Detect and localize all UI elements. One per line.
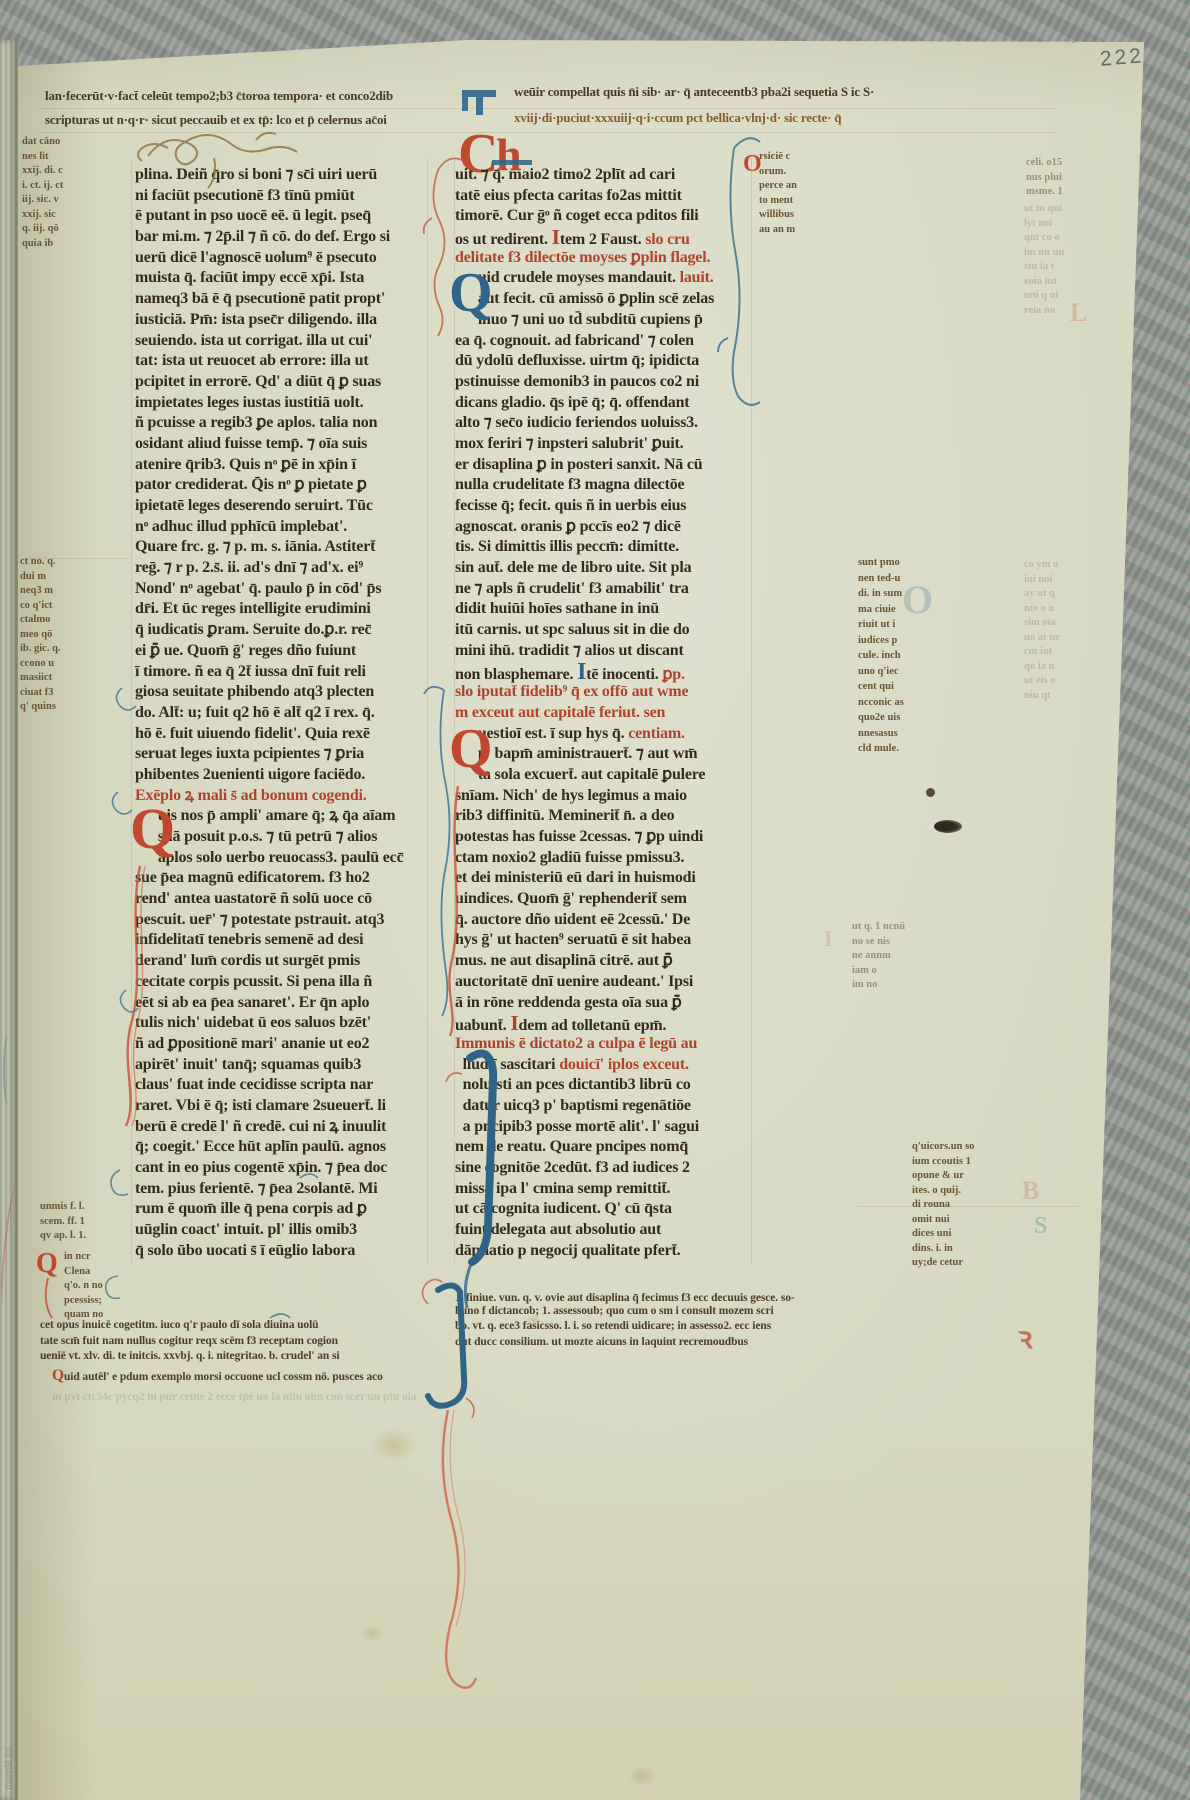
text-line: nte o u xyxy=(1024,602,1060,617)
text-line: giosa seuitate phibendo atq3 plecten xyxy=(135,682,435,703)
text-line: datur uicq3 p' baptismi regenātiōe xyxy=(455,1096,755,1117)
text-line: aplos solo uerbo reuocass3. paulū ecc̄ xyxy=(135,848,435,869)
text-line: berū ē credē l' ñ credē. cui ni ꝝ inuuli… xyxy=(135,1117,435,1138)
text-line: ea q̄. cognouit. ad fabricand' ⁊ colen xyxy=(455,331,755,352)
text-line: ei ꝑ̄ ue. Quom̄ ḡ' reges dño fuiunt xyxy=(135,641,435,662)
parchment-hole xyxy=(934,820,962,833)
text-line: noluisti an pces dictantib3 librū co xyxy=(455,1075,755,1096)
text-line: unmis f. l. xyxy=(40,1200,86,1215)
running-header-line1-right: weūir compellat quis n̄i sib· ar· q̄ ant… xyxy=(514,84,874,100)
gloss-left-bottom-2: in ncrClenaq'o. n nopcessiss;quam no xyxy=(64,1250,103,1323)
text-line: pstinuisse demonib3 in paucos co2 ni xyxy=(455,372,755,393)
text-line: q' quins xyxy=(20,700,61,715)
text-line: cld mule. xyxy=(858,741,904,757)
text-line: cm iut xyxy=(1024,645,1060,660)
gloss-right-bleed-middle: co ym oiui noiay ut qnte o usim oiauo at… xyxy=(1024,558,1060,703)
text-line: reia no xyxy=(1024,304,1064,319)
text-line: di. in sum xyxy=(858,586,904,602)
text-line: q̄ iudicatis ꝑram. Seruite do.ꝑ.r. rec̄ xyxy=(135,620,435,641)
text-line: rum ē quom̄ ille q̄ pena corpis ad ꝑ xyxy=(135,1199,435,1220)
text-line: dat cāno xyxy=(22,135,63,150)
text-line: plina. Deiñ q̄ro si boni ⁊ sc̄i uiri uer… xyxy=(135,165,435,186)
bleed-letter-teal: S xyxy=(1034,1214,1047,1238)
text-line: pator crediderat. Q̄is nᵒ ꝑ pietate ꝑ xyxy=(135,475,435,496)
text-line: uo at ne xyxy=(1024,631,1060,646)
text-line: masiict xyxy=(20,671,61,686)
text-line: q'o. n no xyxy=(64,1279,103,1294)
text-line: ut eis o xyxy=(1024,674,1060,689)
text-line: uūglin coact' intuit. pl' illis omib3 xyxy=(135,1220,435,1241)
text-line: ctam noxio2 gladiū fuisse pmissu3. xyxy=(455,848,755,869)
text-line: ma ciuie xyxy=(858,602,904,618)
text-line: muista q̄. faciūt impy eccē xp̄i. Ista xyxy=(135,268,435,289)
text-line: tulis nich' uidebat ū eos saluos bzēt' xyxy=(135,1013,435,1034)
text-line: fecisse q̄; fecit. quis ñ in uerbis eius xyxy=(455,496,755,517)
text-line: delitate f3 dilectōe moyses ꝑplin flagel… xyxy=(455,248,755,269)
text-line: l uno f dictancob; 1. assessoub; quo cum… xyxy=(455,1304,1020,1320)
text-line: a pncipib3 posse mortē alit'. l' sagui xyxy=(455,1117,755,1138)
gloss-right-top: rsiciē corum.perce anto mentwillibusau a… xyxy=(759,150,797,237)
text-line: xxij. sic xyxy=(22,208,63,223)
text-line: pcessiss; xyxy=(64,1294,103,1309)
text-line: uno q'iec xyxy=(858,664,904,680)
text-line: m exceut aut capitalē feriut. sen xyxy=(455,703,755,724)
text-line: cecitate corpis pcussit. Si pena illa ñ xyxy=(135,972,435,993)
text-line: iui noi xyxy=(1024,573,1060,588)
text-line: dices uni xyxy=(912,1227,974,1242)
text-line: cule. inch xyxy=(858,648,904,664)
text-line: Quare frc. g. ⁊ p. m. s. iānia. Astitert… xyxy=(135,537,435,558)
text-line: potestas has fuisse 2cessas. ⁊ ꝑp uindi xyxy=(455,827,755,848)
text-line: no se nis xyxy=(852,935,905,950)
stain-small-2 xyxy=(628,1766,656,1786)
gloss-right-bleed-top: celi. o15nus pluimsme. 1 xyxy=(1026,156,1063,200)
text-line: opune & ur xyxy=(912,1169,974,1184)
text-line: inuo ⁊ uni uo td̄ subditū cupiens p̄ xyxy=(455,310,755,331)
text-line: omit nui xyxy=(912,1213,974,1228)
text-line: lyt noi xyxy=(1024,217,1064,232)
initial-q-column1: Q xyxy=(130,800,175,858)
text-line: cant in eo pius cogentē xp̄in. ⁊ p̄ea do… xyxy=(135,1158,435,1179)
text-line: timorē. Cur ḡᵒ ñ coget ecca pditos fili xyxy=(455,206,755,227)
text-line: uestioī est. ī sup hys q̄. centiam. xyxy=(455,724,755,745)
text-line: phibentes 2uenienti uigore faciēdo. xyxy=(135,765,435,786)
text-line: os ut redirent. Item 2 Faust. slo cru xyxy=(455,227,755,248)
text-line: nnesasus xyxy=(858,726,904,742)
text-line: co q'ict xyxy=(20,599,61,614)
gloss-right-bleed-top-faint: ut m quilyt noiqnt co oim nu unstu ia te… xyxy=(1024,202,1064,318)
ruling-line xyxy=(38,132,1058,133)
text-line: stu ia t xyxy=(1024,260,1064,275)
text-line: itū carnis. ut spc saluus sit in die do xyxy=(455,620,755,641)
text-line: meo qō xyxy=(20,628,61,643)
text-line: uabunt̄. Idem ad tolletanū epm̄. xyxy=(455,1013,755,1034)
text-line: ī timore. ñ ea q̄ 2t̄ iussa dnī fuit rel… xyxy=(135,662,435,683)
manuscript-page: 222 ⌐ſ lan·fecerūt·v·fact̄ celeūt tempo2… xyxy=(18,28,1148,1800)
text-line: quo2e uis xyxy=(858,710,904,726)
text-line: hys ḡ' ut hacten⁹ seruatū ē sit habea xyxy=(455,930,755,951)
text-line: msme. 1 xyxy=(1026,185,1063,200)
gloss-left-bottom-1: unmis f. l.scem. ff. 1qv ap. l. 1. xyxy=(40,1200,86,1244)
text-line: Clena xyxy=(64,1265,103,1280)
gloss-q-tail xyxy=(46,1278,52,1318)
text-line: au an m xyxy=(759,223,797,238)
text-line: uy;de cetur xyxy=(912,1256,974,1271)
text-line: fuint delegata aut absolutio aut xyxy=(455,1220,755,1241)
text-line: qv ap. l. 1. xyxy=(40,1229,86,1244)
text-line: willibus xyxy=(759,208,797,223)
text-line: ni faciūt psecutionē f3 tīnū pmiūt xyxy=(135,186,435,207)
text-line: cent qui xyxy=(858,679,904,695)
text-line: qo ia n xyxy=(1024,660,1060,675)
text-line: rsiciē c xyxy=(759,150,797,165)
text-line: et dei ministeriū eū dari in huismodi xyxy=(455,868,755,889)
bottom-bleed-line: m pyt ctc34c pycq2 m pur cetne 2 ecce tp… xyxy=(52,1390,1002,1406)
text-line: dut ducc consilium. ut mozte aicuns in l… xyxy=(455,1335,1020,1351)
text-line: ñ pcuisse a regib3 ꝑe aplos. talia non xyxy=(135,413,435,434)
text-line: rend' antea uastatorē ñ solū uoce cō xyxy=(135,889,435,910)
initial-q-gloss: Q xyxy=(36,1250,58,1278)
text-line: non blasphemare. Itē inocenti. ꝑp. xyxy=(455,662,755,683)
text-line: im no xyxy=(852,978,905,993)
ruling-line xyxy=(38,108,1058,109)
bleed-letter-red-l: L xyxy=(1070,300,1087,326)
text-line: seruat leges iuxta pcipientes ⁊ ꝑria xyxy=(135,744,435,765)
text-line: neq3 m xyxy=(20,584,61,599)
text-line: missa ipa l' cmina semp remittit̄. xyxy=(455,1179,755,1200)
wormhole xyxy=(926,788,935,797)
text-line: p' bapm̄ aministrauert̄. ⁊ aut wm̄ xyxy=(455,744,755,765)
text-line: dui m xyxy=(20,570,61,585)
text-line: llud ī sascitari douicī' iplos exceut. xyxy=(455,1055,755,1076)
text-line: qnt co o xyxy=(1024,231,1064,246)
text-line: ē putant in pso uocē eē. ū legit. pseq̄ xyxy=(135,206,435,227)
text-line: uis nos p̄ ampli' amare q̄; ꝝ q̄a aīam xyxy=(135,806,435,827)
text-line: claus' fuat inde cecidisse scripta nar xyxy=(135,1075,435,1096)
text-line: q. iij. qō xyxy=(22,222,63,237)
ruling-line xyxy=(131,158,132,1263)
text-line: ñ ad ꝑpositionē mari' ananie ut eo2 xyxy=(135,1034,435,1055)
text-line: eēt si ab ea p̄ea sanaret'. Er q̄n aplo xyxy=(135,993,435,1014)
text-line: cet opus inuicē cogetitm. iuco q'r paulo… xyxy=(40,1318,460,1334)
text-line: dr̄i. Et ūc reges intelligite erudimini xyxy=(135,599,435,620)
text-line: Immunis ē dictato2 a culpa ē legū au xyxy=(455,1034,755,1055)
text-line: ct no. q. xyxy=(20,555,61,570)
text-line: do. Alt̄: u; fuit q2 hō ē alt̄ q2 ī rex.… xyxy=(135,703,435,724)
text-line: i. ct. ij. ct xyxy=(22,179,63,194)
text-line: bar mi.m. ⁊ 2p̄.il ⁊ ñ cō. do def. Ergo … xyxy=(135,227,435,248)
blue-paraph-header xyxy=(462,90,496,115)
text-line: ay ut q xyxy=(1024,587,1060,602)
text-line: auctoritatē dnī uenire audeant.' Ipsi xyxy=(455,972,755,993)
text-line: q'uicors.un so xyxy=(912,1140,974,1155)
text-line: dicans gladio. q̄s ipē q̄; q̄. offendant xyxy=(455,393,755,414)
spine-bleed-blue xyxy=(3,1035,13,1105)
text-line: uid crudele moyses mandauit. lauit. xyxy=(455,268,755,289)
text-line: nen ted-u xyxy=(858,571,904,587)
text-line: niu qt xyxy=(1024,689,1060,704)
text-line: iusticiā. Pm̄: ista psec̄r diligendo. il… xyxy=(135,310,435,331)
text-line: sue p̄ea magnū edificatorem. f3 ho2 xyxy=(135,868,435,889)
text-line: perce an xyxy=(759,179,797,194)
text-line: q̄ solo ūbo uocati s̄ ī eūglio labora xyxy=(135,1241,435,1262)
text-line: er disaplina ꝑ in posteri sanxit. Nā cū xyxy=(455,455,755,476)
text-line: sunt pmo xyxy=(858,555,904,571)
text-line: dāpnatio p negocij qualitate pfert̄. xyxy=(455,1241,755,1262)
text-line: infidelitatī tenebris semenē ad desi xyxy=(135,930,435,951)
text-line: seuiendo. ista ut corrigat. illa ut cui' xyxy=(135,331,435,352)
text-line: hō ē. fuit uiuendo fidelit'. Quia rexē xyxy=(135,724,435,745)
gloss-left-top: dat cānones litxxij. di. ci. ct. ij. cti… xyxy=(22,135,63,251)
running-header-line2-right: xviij·di·puciut·xxxuiij·q·i·ccum pct bel… xyxy=(514,110,841,126)
text-line: sim oia xyxy=(1024,616,1060,631)
text-line: ut cā cognita iudicent. Q' cū q̄sta xyxy=(455,1199,755,1220)
text-line: iudices p xyxy=(858,633,904,649)
bottom-note-right: I finiue. vun. q. v. ovie aut disaplina … xyxy=(455,1288,1020,1350)
bleed-letter-rose-2: I xyxy=(824,928,833,950)
text-line: raret. Vbi ē q̄; isti clamare 2sueuert̄.… xyxy=(135,1096,435,1117)
text-line: riuit ut i xyxy=(858,617,904,633)
text-line: aut fecit. cū amissō ō ꝑplin scē zelas xyxy=(455,289,755,310)
running-header-line2-left: scripturas ut n·q·r· sicut peccauib et e… xyxy=(45,112,387,128)
text-line: scem. ff. 1 xyxy=(40,1215,86,1230)
gloss-right-middle: sunt pmonen ted-udi. in summa ciuieriuit… xyxy=(858,555,904,757)
text-line: uindices. Quom̄ ḡ' rephenderit̄ sem xyxy=(455,889,755,910)
text-line: dins. i. in xyxy=(912,1242,974,1257)
text-line: ueniē vt. xlv. di. te initcis. xxvbj. q.… xyxy=(40,1349,460,1365)
text-line: ne ⁊ apls ñ crudelit' f3 amabilit' tra xyxy=(455,579,755,600)
initial-q-column2-blue: Q xyxy=(449,265,493,321)
text-line: quia ib xyxy=(22,237,63,252)
text-line: q̄; coegit.' Ecce hūt aplīn paulū. agnos xyxy=(135,1137,435,1158)
text-line: derand' lum̄ cordis ut surgēt pmis xyxy=(135,951,435,972)
text-line: sin aut̄. dele me de libro uite. Sit pla xyxy=(455,558,755,579)
bleed-initial-o: O xyxy=(902,580,933,620)
text-line: tate scm̄ fuit nam nullus cogitur reqx s… xyxy=(40,1334,460,1350)
photograph-of-manuscript: { "folio": { "number": "222", "corner_ma… xyxy=(0,0,1190,1800)
text-line: impietates leges iustas iustitiā uolt. xyxy=(135,393,435,414)
text-line: reḡ. ⁊ r p. 2.s̄. ii. ad's dnī ⁊ ad'x. e… xyxy=(135,558,435,579)
text-line: eoia iut xyxy=(1024,275,1064,290)
text-line: di rouna xyxy=(912,1198,974,1213)
text-column-1: plina. Deiñ q̄ro si boni ⁊ sc̄i uiri uer… xyxy=(135,165,435,1261)
spine-pencil-note: mamſē ſol xyxy=(4,1747,15,1790)
text-line: to ment xyxy=(759,194,797,209)
text-line: Quid autēl' e pdum exemplo morsi occuone… xyxy=(52,1368,482,1384)
text-line: uit. ⁊ q̄. maio2 timo2 2plīt ad cari xyxy=(455,165,755,186)
text-line: pescuit. uer̄' ⁊ potestate pstrauit. atq… xyxy=(135,910,435,931)
text-line: tis. Si dimittis illis peccm̄: dimitte. xyxy=(455,537,755,558)
text-line: ta sola excuert̄. aut capitalē ꝑulere xyxy=(455,765,755,786)
text-line: alto ⁊ sec̄o iudicio feriendos uoluiss3. xyxy=(455,413,755,434)
text-line: sine cognitōe 2cedūt. f3 ad iudices 2 xyxy=(455,1158,755,1179)
text-line: pcipitet in errorē. Qd' a diūt q̄ ꝑ suas xyxy=(135,372,435,393)
initial-q-column2-red: Q xyxy=(449,721,493,777)
text-line: mini ihū. tradidit ⁊ alios ut discant xyxy=(455,641,755,662)
text-line: ā in rōne reddenda gesta oīa sua ꝑ̄ xyxy=(455,993,755,1014)
text-line: ciuat f3 xyxy=(20,686,61,701)
text-line: ut m qui xyxy=(1024,202,1064,217)
gloss-right-low: q'uicors.un soium ccoutis 1opune & urite… xyxy=(912,1140,974,1271)
text-line: nameq3 bā ē q̄ psecutionē patit propt' xyxy=(135,289,435,310)
text-line: m pyt ctc34c pycq2 m pur cetne 2 ecce tp… xyxy=(52,1390,1002,1406)
text-line: apirēt' inuit' tanq̄; squamas quib3 xyxy=(135,1055,435,1076)
text-line: nᵒ adhuc illud pphīcū implebat'. xyxy=(135,517,435,538)
text-line: bo. vt. q. ece3 fasicsso. l. i. so reten… xyxy=(455,1319,1020,1335)
text-line: mus. ne aut disaplinā citrē. aut ꝑ̄ xyxy=(455,951,755,972)
text-line: ium ccoutis 1 xyxy=(912,1155,974,1170)
text-line: ites. o quij. xyxy=(912,1184,974,1199)
bleed-letter-rose: B xyxy=(1022,1178,1039,1204)
text-line: ipietatē leges deserendo seruirt. Tūc xyxy=(135,496,435,517)
text-line: mox feriri ⁊ inpsteri salubrit' ꝑuit. xyxy=(455,434,755,455)
text-line: nus plui xyxy=(1026,171,1063,186)
text-line: orum. xyxy=(759,165,797,180)
text-line: nes lit xyxy=(22,150,63,165)
bottom-red-flourish-letter: ꝛ xyxy=(1018,1324,1032,1354)
stain-yellow-large xyxy=(370,1428,416,1462)
text-line: nulla crudelitate f3 magna dilectōe xyxy=(455,475,755,496)
text-line: iij. sic. v xyxy=(22,193,63,208)
text-line: dū ydolū defluxisse. uirtm q̄; ipidicta xyxy=(455,351,755,372)
text-line: xxij. di. c xyxy=(22,164,63,179)
text-line: Nond' nᵒ agebat' q̄. paulo p̄ in cōd' p̄… xyxy=(135,579,435,600)
folio-number: 222 xyxy=(1099,44,1145,72)
text-line: ncconic as xyxy=(858,695,904,711)
text-line: I finiue. vun. q. v. ovie aut disaplina … xyxy=(455,1288,1020,1304)
text-line: suā posuit p.o.s. ⁊ tū petrū ⁊ alios xyxy=(135,827,435,848)
bottom-note-left: cet opus inuicē cogetitm. iuco q'r paulo… xyxy=(40,1318,460,1365)
text-line: uerū dicē l'agnoscē uolum⁹ ē psecuto xyxy=(135,248,435,269)
text-line: ctalmo xyxy=(20,613,61,628)
text-line: uni q ni xyxy=(1024,289,1064,304)
text-line: q̄. auctore dño uident eē 2cessū.' De xyxy=(455,910,755,931)
text-line: osidant aliud fuisse temp̄. ⁊ oīa suis xyxy=(135,434,435,455)
text-line: snīam. Nich' de hys legimus a maio xyxy=(455,786,755,807)
stain-small-1 xyxy=(360,1624,384,1642)
text-line: agnoscat. oranis ꝑ pccīs eo2 ⁊ dicē xyxy=(455,517,755,538)
text-line: ne annm xyxy=(852,949,905,964)
text-line: in ncr xyxy=(64,1250,103,1265)
text-line: tat: ista ut reuocet ab errore: illa ut xyxy=(135,351,435,372)
text-line: atenire q̄rib3. Quis nᵒ ꝑē in xp̄in ī xyxy=(135,455,435,476)
text-line: rib3 diffinitū. Meminerit̄ n̄. a deo xyxy=(455,806,755,827)
text-line: co ym o xyxy=(1024,558,1060,573)
text-line: nem de reatu. Quare pncipes nomq̄ xyxy=(455,1137,755,1158)
text-line: ccono u xyxy=(20,657,61,672)
text-column-2: uit. ⁊ q̄. maio2 timo2 2plīt ad caritatē… xyxy=(455,165,755,1261)
text-line: ut q. 1 ncnū xyxy=(852,920,905,935)
bottom-note-red-q-line: Quid autēl' e pdum exemplo morsi occuone… xyxy=(52,1368,482,1384)
text-line: ib. gic. q. xyxy=(20,642,61,657)
text-line: tem. pius ferientē. ⁊ p̄ea 2solantē. Mi xyxy=(135,1179,435,1200)
stacked-page-edges xyxy=(0,40,18,1800)
running-header-line1-left: lan·fecerūt·v·fact̄ celeūt tempo2;b3 c̄t… xyxy=(45,88,393,104)
text-line: didit huiūi hoīes sathane in inū xyxy=(455,599,755,620)
text-line: slo iputat̄ fidelib⁹ q̄ ex offō aut wme xyxy=(455,682,755,703)
text-line: celi. o15 xyxy=(1026,156,1063,171)
text-line: iam o xyxy=(852,964,905,979)
gloss-left-middle: ct no. q.dui mneq3 mco q'ictctalmomeo qō… xyxy=(20,555,61,715)
gloss-right-low-faint: ut q. 1 ncnūno se nisne annmiam oim no xyxy=(852,920,905,993)
text-line: tatē eius pfecta caritas fo2as mittit xyxy=(455,186,755,207)
text-line: Exēplo ꝝ mali s̄ ad bonum cogendi. xyxy=(135,786,435,807)
text-line: im nu un xyxy=(1024,246,1064,261)
